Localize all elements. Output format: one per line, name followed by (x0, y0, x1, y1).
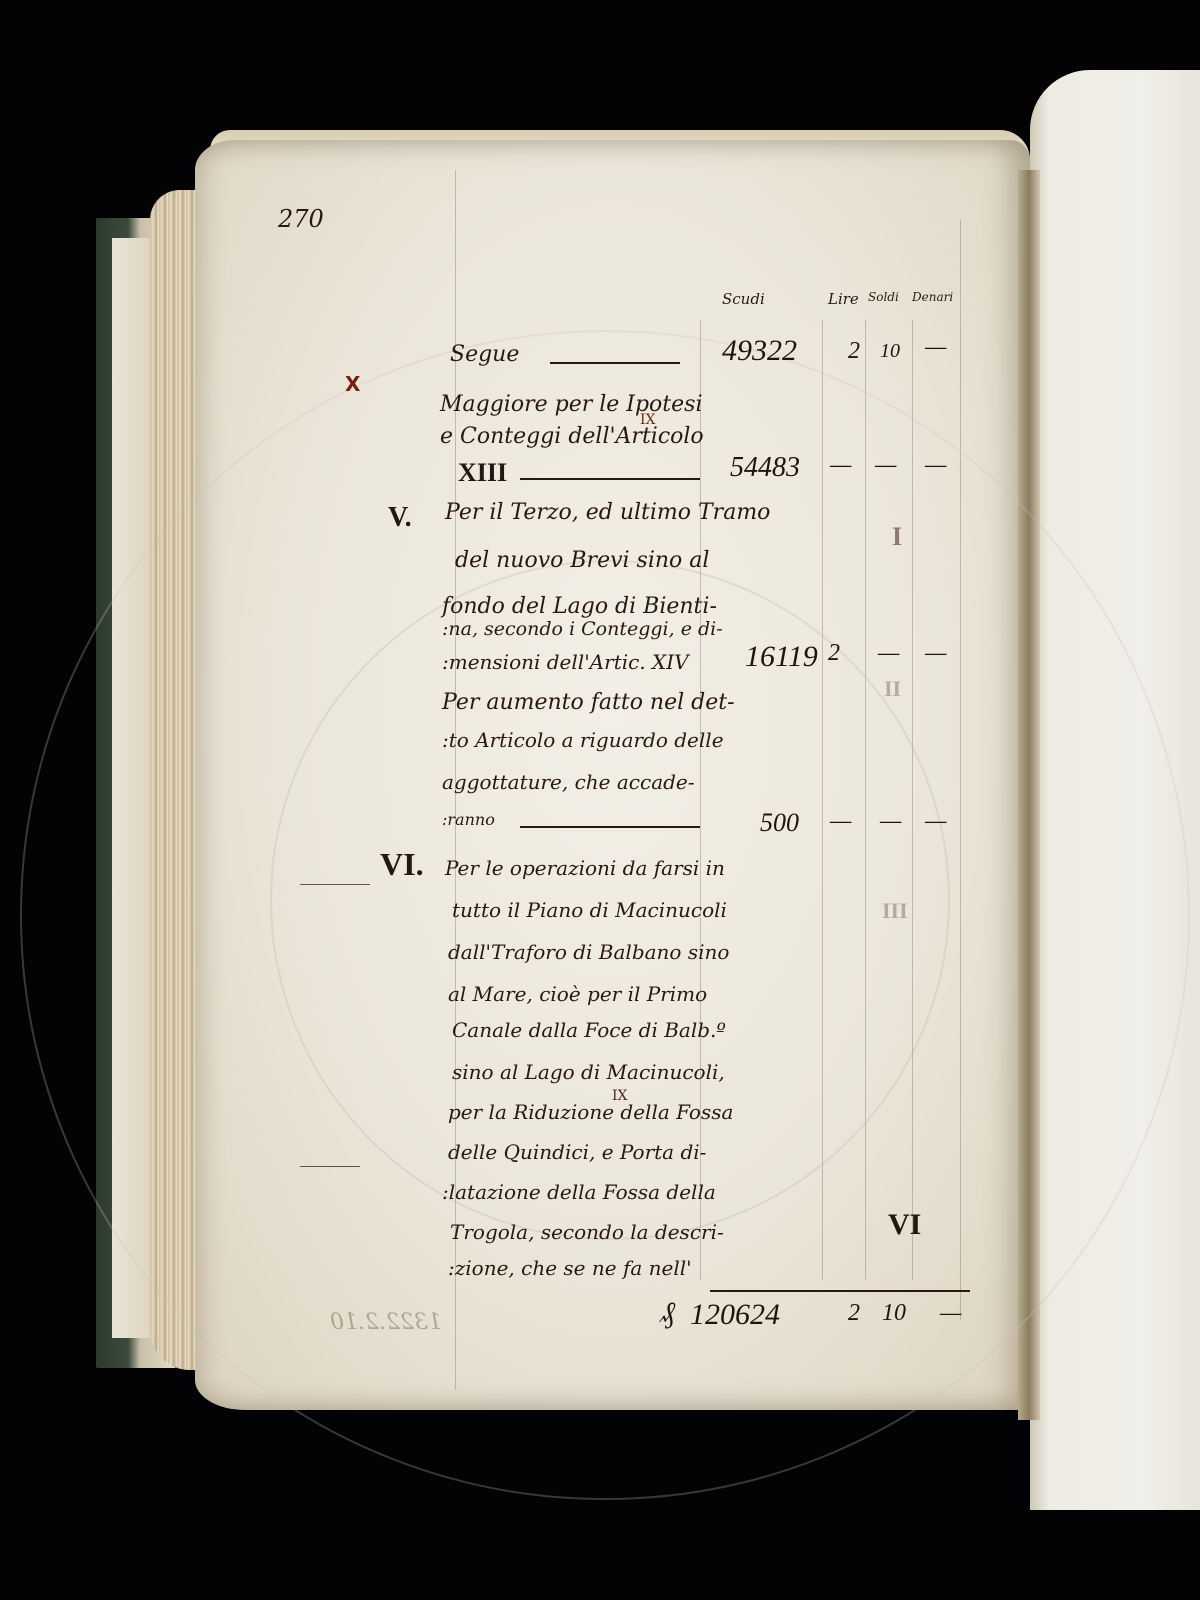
section-number: V. (388, 502, 412, 534)
soldi-value: — (878, 640, 899, 667)
lire-value: 2 (828, 640, 840, 667)
scudi-value: 49322 (722, 334, 797, 368)
entry-line: Per le operazioni da farsi in (445, 856, 725, 880)
entry-line: e Conteggi dell'Articolo (440, 424, 704, 449)
denari-value: — (925, 808, 946, 835)
entry-line: Segue (450, 342, 519, 367)
lire-value: 2 (848, 338, 860, 365)
entry-line: :na, secondo i Conteggi, e di- (442, 618, 723, 640)
total-scudi: 120624 (690, 1298, 780, 1332)
header-soldi: Soldi (868, 290, 899, 304)
entry-line: aggottature, che accade- (442, 770, 695, 794)
entry-line: Trogola, secondo la descri- (450, 1220, 724, 1244)
entry-line: delle Quindici, e Porta di- (448, 1140, 706, 1164)
total-symbol: ₰ (660, 1296, 675, 1330)
denari-value: — (925, 334, 946, 361)
bleed-roman-mark: I (892, 522, 902, 552)
scudi-value: 16119 (745, 640, 818, 674)
entry-line: dall'Traforo di Balbano sino (448, 940, 729, 964)
entry-line: :latazione della Fossa della (442, 1180, 716, 1204)
header-scudi: Scudi (722, 290, 765, 308)
total-soldi: 10 (882, 1300, 906, 1327)
margin-dash (300, 884, 370, 885)
photo-background: 270 Scudi Lire Soldi Denari X Segue 4932… (0, 0, 1200, 1600)
denari-value: — (925, 640, 946, 667)
bleed-roman-mark: III (882, 898, 908, 924)
entry-line: tutto il Piano di Macinucoli (452, 898, 727, 922)
entry-line: Per il Terzo, ed ultimo Tramo (445, 500, 770, 525)
article-number: XIII (458, 458, 507, 488)
total-rule (710, 1290, 970, 1292)
entry-line: del nuovo Brevi sino al (455, 548, 709, 573)
annotation-mark: IX (612, 1088, 628, 1104)
entry-line: fondo del Lago di Bienti- (442, 594, 717, 619)
bleed-roman-mark: II (884, 676, 901, 702)
soldi-value: — (880, 808, 901, 835)
soldi-value: — (875, 452, 896, 479)
leader-dash (520, 478, 700, 480)
entry-line: per la Riduzione della Fossa (448, 1100, 733, 1124)
cross-mark: X (345, 372, 360, 396)
entry-line: Per aumento fatto nel det- (442, 690, 735, 715)
header-lire: Lire (828, 290, 859, 308)
scudi-value: 54483 (730, 452, 800, 484)
leader-dash (520, 826, 700, 828)
total-lire: 2 (848, 1300, 860, 1327)
entry-line: :mensioni dell'Artic. XIV (442, 650, 689, 674)
scudi-value: 500 (760, 808, 799, 838)
lire-value: — (830, 452, 851, 479)
margin-dash (300, 1166, 360, 1167)
entry-line: al Mare, cioè per il Primo (448, 982, 707, 1006)
denari-value: — (925, 452, 946, 479)
section-number: VI. (380, 846, 424, 883)
leader-dash (550, 362, 680, 364)
entry-line: sino al Lago di Macinucoli, (452, 1060, 725, 1084)
annotation-mark: IX (640, 412, 656, 428)
bleed-roman-mark: VI (888, 1208, 921, 1242)
total-denari: — (940, 1300, 961, 1327)
lire-value: — (830, 808, 851, 835)
entry-line: :ranno (442, 810, 495, 829)
soldi-value: 10 (880, 340, 900, 363)
entry-line: :to Articolo a riguardo delle (442, 728, 724, 752)
entry-line: Maggiore per le Ipotesi (440, 392, 703, 417)
header-denari: Denari (912, 290, 953, 304)
folio-number: 270 (278, 205, 324, 233)
entry-line: :zione, che se ne fa nell' (448, 1256, 692, 1280)
entry-line: Canale dalla Foce di Balb.º (452, 1018, 726, 1042)
bleed-faint-total: 1322.2.10 (330, 1310, 442, 1335)
